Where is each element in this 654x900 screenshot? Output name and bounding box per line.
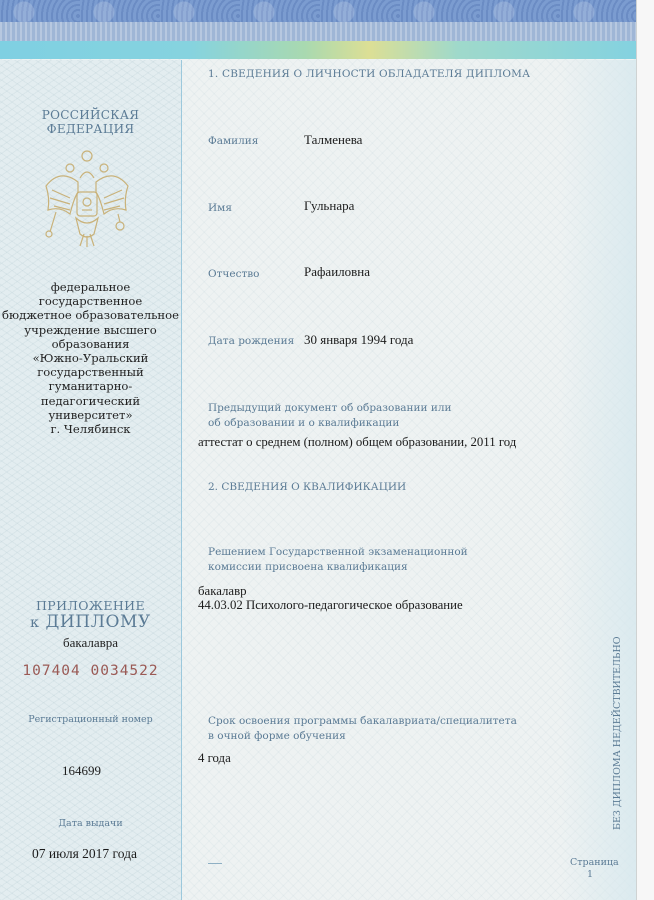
study-term-label: Срок освоения программы бакалавриата/спе… (208, 714, 517, 743)
institution-line: гуманитарно-педагогический (0, 379, 181, 407)
diploma-supplement-page: РОССИЙСКАЯ ФЕДЕРАЦИЯ федеральное государ… (0, 0, 636, 900)
study-term-value: 4 года (198, 751, 231, 766)
country-line: РОССИЙСКАЯ (0, 108, 181, 122)
surname-value: Талменева (304, 132, 362, 148)
page-number: 1 (570, 869, 610, 880)
institution-name: федеральное государственное бюджетное об… (0, 280, 181, 436)
supplement-to-diploma: к ДИПЛОМУ (0, 612, 181, 632)
institution-line: бюджетное образовательное (0, 308, 181, 322)
first-name-value: Гульнара (304, 198, 354, 214)
first-name-label: Имя (208, 202, 232, 214)
invalid-without-diploma-note: БЕЗ ДИПЛОМА НЕДЕЙСТВИТЕЛЬНО (612, 636, 623, 830)
qualification-label: Решением Государственной экзаменационной… (208, 545, 468, 574)
institution-line: федеральное государственное (0, 280, 181, 308)
page-label: Страница (570, 857, 610, 868)
security-banner (0, 0, 636, 60)
label-line: Решением Государственной экзаменационной (208, 545, 468, 560)
label-line: в очной форме обучения (208, 729, 517, 744)
qualification-program: 44.03.02 Психолого-педагогическое образо… (198, 598, 463, 612)
institution-line: г. Челябинск (0, 422, 181, 436)
serial-number: 107404 0034522 (0, 663, 181, 679)
footer-dash (208, 863, 222, 864)
institution-line: государственный (0, 365, 181, 379)
qualification-value: бакалавр 44.03.02 Психолого-педагогическ… (198, 584, 463, 612)
registration-number-label: Регистрационный номер (0, 714, 181, 725)
supplement-title: ПРИЛОЖЕНИЕ (0, 598, 181, 613)
institution-line: «Южно-Уральский (0, 351, 181, 365)
label-line: комиссии присвоена квалификация (208, 560, 468, 575)
patronymic-label: Отчество (208, 268, 260, 280)
label-line: об образовании и о квалификации (208, 416, 452, 431)
surname-label: Фамилия (208, 135, 258, 147)
previous-document-label: Предыдущий документ об образовании или о… (208, 401, 452, 430)
degree-level: бакалавра (0, 635, 181, 651)
issue-date-label: Дата выдачи (0, 818, 181, 829)
country-name: РОССИЙСКАЯ ФЕДЕРАЦИЯ (0, 108, 181, 136)
diploma-word: ДИПЛОМУ (45, 612, 151, 632)
registration-number: 164699 (62, 763, 101, 779)
label-line: Предыдущий документ об образовании или (208, 401, 452, 416)
patronymic-value: Рафаиловна (304, 264, 370, 280)
birth-date-value: 30 января 1994 года (304, 332, 413, 348)
banner-ornament-band (0, 0, 636, 22)
banner-gradient-band (0, 41, 636, 59)
previous-document-value: аттестат о среднем (полном) общем образо… (198, 435, 516, 450)
right-margin-tint (560, 60, 636, 900)
qualification-title: бакалавр (198, 584, 463, 598)
banner-guilloche-band (0, 22, 636, 41)
section2-heading: 2. СВЕДЕНИЯ О КВАЛИФИКАЦИИ (208, 481, 406, 493)
birth-date-label: Дата рождения (208, 335, 294, 347)
column-divider (181, 60, 182, 900)
section1-heading: 1. СВЕДЕНИЯ О ЛИЧНОСТИ ОБЛАДАТЕЛЯ ДИПЛОМ… (208, 68, 530, 80)
scan-edge (636, 0, 654, 900)
issue-date: 07 июля 2017 года (32, 846, 137, 862)
institution-line: университет» (0, 408, 181, 422)
russian-coat-of-arms-icon (40, 148, 134, 248)
institution-line: учреждение высшего образования (0, 323, 181, 351)
country-line: ФЕДЕРАЦИЯ (0, 122, 181, 136)
preposition: к (30, 615, 39, 631)
label-line: Срок освоения программы бакалавриата/спе… (208, 714, 517, 729)
